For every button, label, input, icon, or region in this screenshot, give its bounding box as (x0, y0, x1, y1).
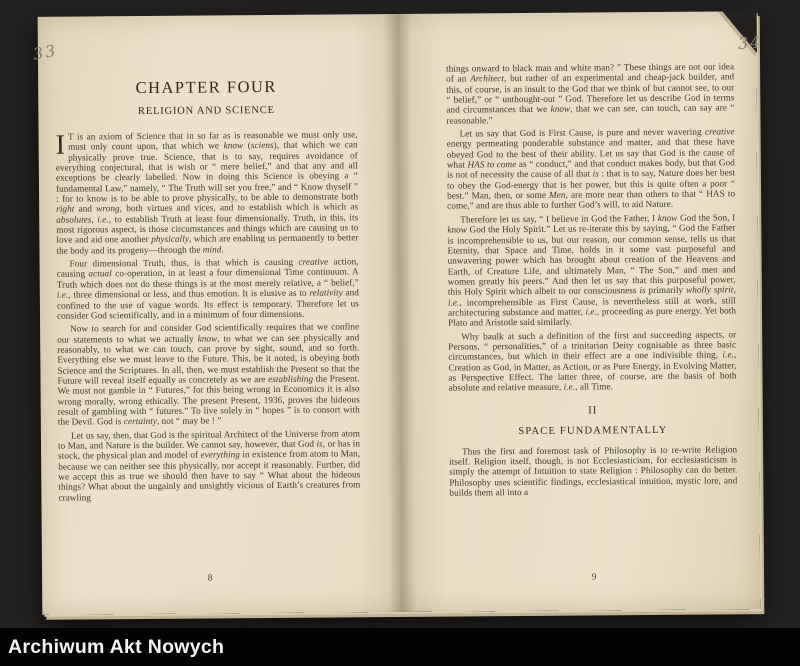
archive-scan-viewer: 33 34 CHAPTER FOUR RELIGION AND SCIENCE … (0, 0, 800, 666)
page-number-right: 9 (450, 571, 738, 583)
page-number-left: 8 (59, 572, 361, 584)
left-page: CHAPTER FOUR RELIGION AND SCIENCE IT is … (55, 76, 361, 598)
paragraph: things onward to black man and white man… (446, 61, 734, 125)
handwritten-folio-number-right: 34 (737, 32, 763, 53)
chapter-subheading: RELIGION AND SCIENCE (55, 104, 357, 117)
right-page: things onward to black man and white man… (446, 61, 738, 595)
handwritten-folio-number-left: 33 (31, 41, 58, 64)
chapter-heading: CHAPTER FOUR (55, 76, 357, 98)
paragraph: Therefore let us say, “ I believe in God… (447, 212, 736, 328)
archive-name-label: Archiwum Akt Nowych (0, 636, 224, 659)
paragraph-text: T is an axiom of Science that in so far … (56, 129, 359, 255)
paragraph: Now to search for and consider God scien… (57, 322, 360, 428)
paragraph: Why baulk at such a definition of the fi… (448, 329, 736, 393)
section-title: SPACE FUNDAMENTALLY (449, 424, 737, 437)
paragraph: Four dimensional Truth, thus, is that wh… (57, 256, 359, 320)
paragraph: IT is an axiom of Science that in so far… (56, 129, 359, 255)
paragraph: Thus the first and foremost task of Phil… (449, 444, 737, 498)
archive-watermark-bar: Archiwum Akt Nowych (0, 628, 800, 666)
section-number: II (449, 403, 737, 417)
book-gutter-shadow (353, 14, 448, 613)
book-scan: 33 34 CHAPTER FOUR RELIGION AND SCIENCE … (38, 11, 761, 615)
paragraph: Let us say that God is First Cause, is p… (447, 126, 736, 211)
paragraph: Let us say, then, that God is the spirit… (58, 428, 361, 503)
drop-cap: I (56, 132, 69, 158)
